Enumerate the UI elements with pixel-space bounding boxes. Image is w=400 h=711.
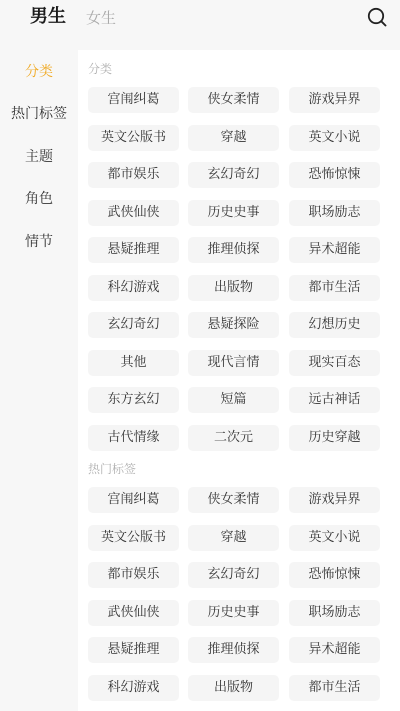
section-title-hot-tags: 热门标签 bbox=[88, 461, 136, 477]
sidebar-item-theme[interactable]: 主题 bbox=[0, 147, 78, 167]
sidebar-item-category[interactable]: 分类 bbox=[0, 62, 78, 82]
tag-chip[interactable]: 都市生活 bbox=[289, 675, 380, 701]
tag-chip[interactable]: 短篇 bbox=[188, 387, 279, 413]
tag-chip[interactable]: 宫闱纠葛 bbox=[88, 487, 179, 513]
tag-chip[interactable]: 历史史事 bbox=[188, 600, 279, 626]
tag-chip[interactable]: 英文公版书 bbox=[88, 525, 179, 551]
tag-chip[interactable]: 科幻游戏 bbox=[88, 275, 179, 301]
tag-chip[interactable]: 职场励志 bbox=[289, 200, 380, 226]
tag-chip[interactable]: 玄幻奇幻 bbox=[188, 562, 279, 588]
search-button[interactable] bbox=[366, 6, 388, 28]
tag-chip[interactable]: 悬疑推理 bbox=[88, 637, 179, 663]
tag-chip[interactable]: 推理侦探 bbox=[188, 637, 279, 663]
tag-chip[interactable]: 英文小说 bbox=[289, 125, 380, 151]
tag-chip[interactable]: 职场励志 bbox=[289, 600, 380, 626]
tag-chip[interactable]: 武侠仙侠 bbox=[88, 200, 179, 226]
tag-chip[interactable]: 推理侦探 bbox=[188, 237, 279, 263]
tag-chip[interactable]: 都市生活 bbox=[289, 275, 380, 301]
tag-chip[interactable]: 科幻游戏 bbox=[88, 675, 179, 701]
tag-chip[interactable]: 悬疑探险 bbox=[188, 312, 279, 338]
tag-chip[interactable]: 异术超能 bbox=[289, 237, 380, 263]
tag-chip[interactable]: 远古神话 bbox=[289, 387, 380, 413]
tag-chip[interactable]: 历史穿越 bbox=[289, 425, 380, 451]
top-bar: 男生 女生 bbox=[0, 0, 400, 50]
tag-chip[interactable]: 穿越 bbox=[188, 525, 279, 551]
tag-chip[interactable]: 恐怖惊悚 bbox=[289, 562, 380, 588]
category-sidebar: 分类 热门标签 主题 角色 情节 bbox=[0, 50, 78, 711]
tag-chip[interactable]: 武侠仙侠 bbox=[88, 600, 179, 626]
tag-chip[interactable]: 出版物 bbox=[188, 675, 279, 701]
tag-chip[interactable]: 英文小说 bbox=[289, 525, 380, 551]
tag-chip[interactable]: 侠女柔情 bbox=[188, 87, 279, 113]
section-title-category: 分类 bbox=[88, 61, 112, 77]
sidebar-item-hot-tags[interactable]: 热门标签 bbox=[0, 104, 78, 124]
tag-chip[interactable]: 侠女柔情 bbox=[188, 487, 279, 513]
tag-chip[interactable]: 游戏异界 bbox=[289, 87, 380, 113]
tab-female[interactable]: 女生 bbox=[86, 6, 116, 30]
tag-chip[interactable]: 幻想历史 bbox=[289, 312, 380, 338]
tag-chip[interactable]: 宫闱纠葛 bbox=[88, 87, 179, 113]
tag-chip[interactable]: 都市娱乐 bbox=[88, 562, 179, 588]
tag-content-panel: 分类 宫闱纠葛侠女柔情游戏异界英文公版书穿越英文小说都市娱乐玄幻奇幻恐怖惊悚武侠… bbox=[78, 50, 400, 711]
tag-chip[interactable]: 玄幻奇幻 bbox=[188, 162, 279, 188]
tag-chip[interactable]: 二次元 bbox=[188, 425, 279, 451]
tag-chip[interactable]: 游戏异界 bbox=[289, 487, 380, 513]
tag-chip[interactable]: 东方玄幻 bbox=[88, 387, 179, 413]
tag-chip[interactable]: 都市娱乐 bbox=[88, 162, 179, 188]
tag-chip[interactable]: 现代言情 bbox=[188, 350, 279, 376]
tag-chip[interactable]: 其他 bbox=[88, 350, 179, 376]
tag-chip[interactable]: 现实百态 bbox=[289, 350, 380, 376]
tag-chip[interactable]: 历史史事 bbox=[188, 200, 279, 226]
tag-chip[interactable]: 悬疑推理 bbox=[88, 237, 179, 263]
tag-chip[interactable]: 出版物 bbox=[188, 275, 279, 301]
tag-chip[interactable]: 恐怖惊悚 bbox=[289, 162, 380, 188]
tag-chip[interactable]: 异术超能 bbox=[289, 637, 380, 663]
tag-chip[interactable]: 穿越 bbox=[188, 125, 279, 151]
tag-chip[interactable]: 古代情缘 bbox=[88, 425, 179, 451]
sidebar-item-plot[interactable]: 情节 bbox=[0, 232, 78, 252]
tag-chip[interactable]: 玄幻奇幻 bbox=[88, 312, 179, 338]
tag-chip[interactable]: 英文公版书 bbox=[88, 125, 179, 151]
search-icon bbox=[366, 6, 388, 28]
tab-male[interactable]: 男生 bbox=[30, 4, 66, 30]
sidebar-item-role[interactable]: 角色 bbox=[0, 189, 78, 209]
